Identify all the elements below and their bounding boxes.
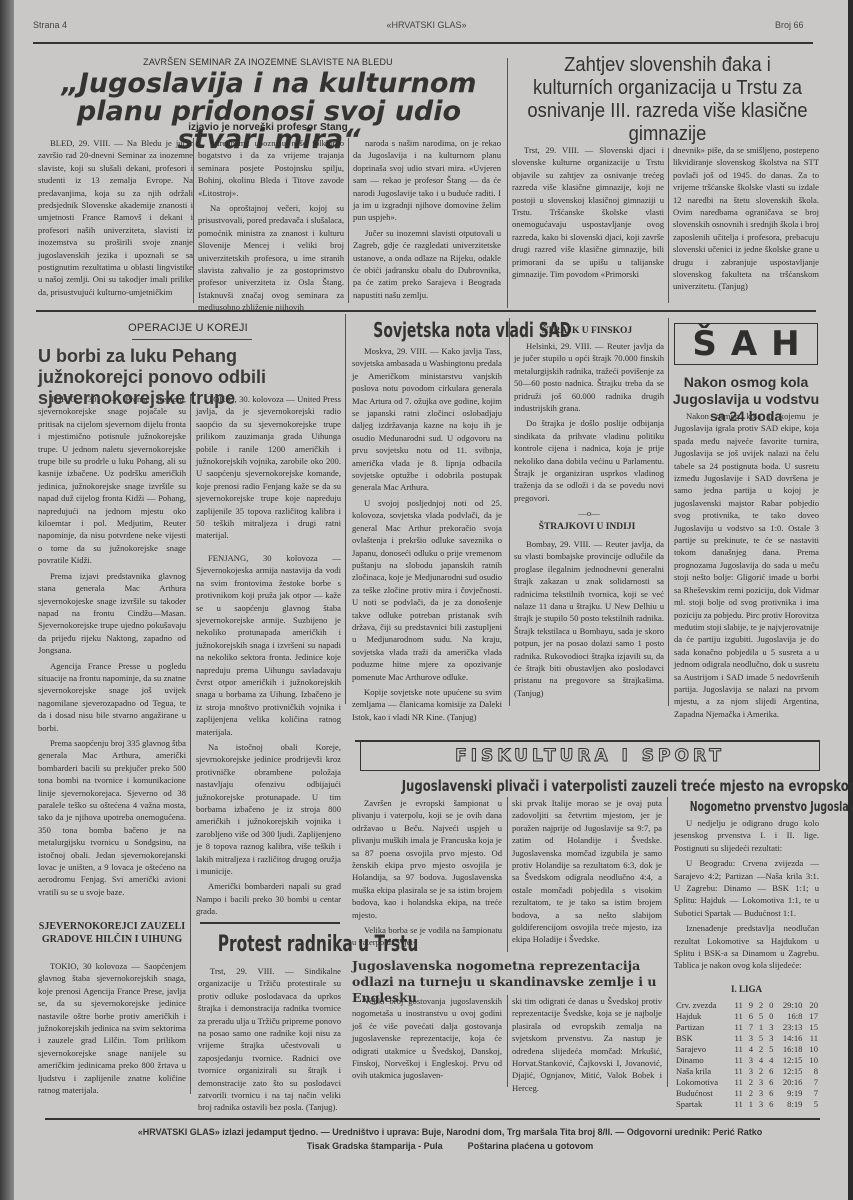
stat-cell: 8:19 xyxy=(773,1099,802,1110)
stat-cell: 1 xyxy=(743,1099,753,1110)
football-team-col-1: Veliki broj gostovanja jugoslavenskih no… xyxy=(352,995,502,1085)
stat-cell: 29:10 xyxy=(773,1000,802,1011)
stat-cell: 11 xyxy=(728,1099,743,1110)
swimmers-col-1: Završen je evropski šampionat u plivanju… xyxy=(352,797,502,952)
stat-cell: 23:13 xyxy=(773,1022,802,1033)
stat-cell: 6 xyxy=(743,1011,753,1022)
column-divider xyxy=(507,995,508,1087)
trst-school-headline: Zahtjev slovenshih đaka i kulturních org… xyxy=(523,54,813,146)
team-name: BSK xyxy=(676,1033,728,1044)
stat-cell: 3 xyxy=(743,1055,753,1066)
stat-cell: 1 xyxy=(753,1022,763,1033)
stat-cell: 2 xyxy=(743,1088,753,1099)
chess-title: ŠAH xyxy=(675,324,817,364)
column-divider xyxy=(668,148,669,303)
section-rule xyxy=(36,310,816,312)
league-table-row: Hajduk1165016:817 xyxy=(676,1011,818,1022)
stat-cell: 2 xyxy=(753,1066,763,1077)
stang-col-3: naroda s našim narodima, on je rekao da … xyxy=(353,137,501,304)
league-table-title: I. LIGA xyxy=(674,984,819,994)
stat-cell: 11 xyxy=(728,1066,743,1077)
stat-cell: 20:16 xyxy=(773,1077,802,1088)
league-table-row: Crv. zvezda1192029:1020 xyxy=(676,1000,818,1011)
sport-banner: FISKULTURA I SPORT xyxy=(361,742,819,770)
stat-cell: 2 xyxy=(753,1044,763,1055)
football-team-col-2: ski tim odigrati će danas u Švedskoj pro… xyxy=(512,995,662,1097)
stat-cell: 6 xyxy=(763,1077,773,1088)
stat-cell: 3 xyxy=(743,1033,753,1044)
soviet-note-body: Moskva, 29. VIII. — Kako javlja Tass, so… xyxy=(352,345,502,726)
stang-kicker: ZAVRŠEN SEMINAR ZA INOZEMNE SLAVISTE NA … xyxy=(33,57,503,67)
footer-line-1: «HRVATSKI GLAS» izlazi jedamput tjedno. … xyxy=(60,1127,840,1137)
protest-body: Trst, 29. VIII. — Sindikalne organizacij… xyxy=(198,965,341,1117)
stat-cell: 9 xyxy=(743,1000,753,1011)
league-table: Crv. zvezda1192029:1020Hajduk1165016:817… xyxy=(676,1000,818,1110)
newspaper-title: «HRVATSKI GLAS» xyxy=(0,20,853,30)
stat-cell: 2 xyxy=(753,1000,763,1011)
column-divider xyxy=(348,138,349,303)
stat-cell: 11 xyxy=(728,1033,743,1044)
stat-cell: 11 xyxy=(728,1055,743,1066)
team-name: Hajduk xyxy=(676,1011,728,1022)
league-table-row: Naša krila1132612:158 xyxy=(676,1066,818,1077)
swimmers-col-2: ski prvak Italije morao se je ovaj puta … xyxy=(512,797,662,949)
stat-cell: 17 xyxy=(802,1011,818,1022)
stat-cell: 4 xyxy=(763,1055,773,1066)
stat-cell: 7 xyxy=(802,1088,818,1099)
sport-banner-box: FISKULTURA I SPORT xyxy=(360,742,820,771)
korea-col-2: TOKIO, 30. kolovoza — United Press javlj… xyxy=(196,393,341,921)
stang-col-1: BLED, 29. VIII. — Na Bledu je jučer zavr… xyxy=(38,137,193,301)
masthead-rule xyxy=(33,42,813,44)
finland-strike-headline: ŠTRAJK U FINSKOJ xyxy=(512,326,662,336)
team-name: Naša krila xyxy=(676,1066,728,1077)
column-divider xyxy=(668,318,669,706)
stat-cell: 10 xyxy=(802,1055,818,1066)
team-name: Spartak xyxy=(676,1099,728,1110)
stat-cell: 11 xyxy=(728,1044,743,1055)
league-table-row: Dinamo1134412:1510 xyxy=(676,1055,818,1066)
page-edge-shadow xyxy=(0,0,14,1200)
stat-cell: 5 xyxy=(802,1099,818,1110)
stat-cell: 0 xyxy=(763,1000,773,1011)
finland-strike-body: Helsinki, 29. VIII. — Reuter javlja da j… xyxy=(514,340,664,523)
stat-cell: 12:15 xyxy=(773,1055,802,1066)
stat-cell: 6 xyxy=(763,1088,773,1099)
column-divider xyxy=(507,797,508,952)
footer-rule xyxy=(45,1118,820,1120)
korea-kicker: OPERACIJE U KOREJI xyxy=(33,322,343,334)
team-name: Dinamo xyxy=(676,1055,728,1066)
column-divider xyxy=(193,138,194,303)
stat-cell: 2 xyxy=(743,1077,753,1088)
column-divider xyxy=(345,314,346,704)
stat-cell: 16:18 xyxy=(773,1044,802,1055)
stat-cell: 11 xyxy=(802,1033,818,1044)
stat-cell: 0 xyxy=(763,1011,773,1022)
stat-cell: 5 xyxy=(763,1044,773,1055)
stat-cell: 12:15 xyxy=(773,1066,802,1077)
stat-cell: 11 xyxy=(728,1022,743,1033)
stat-cell: 6 xyxy=(763,1099,773,1110)
stat-cell: 3 xyxy=(763,1022,773,1033)
stat-cell: 8 xyxy=(802,1066,818,1077)
stat-cell: 5 xyxy=(753,1033,763,1044)
footer-line-2: Tisak Gradska štamparija - Pula Poštarin… xyxy=(60,1141,840,1151)
team-name: Sarajevo xyxy=(676,1044,728,1055)
stat-cell: 11 xyxy=(728,1011,743,1022)
stat-cell: 3 xyxy=(753,1077,763,1088)
stat-cell: 3 xyxy=(763,1033,773,1044)
column-divider xyxy=(507,58,508,308)
korea-col-1: TOKIO, 30. — Prema Reuteru, sjevernokore… xyxy=(38,393,186,901)
swimmers-headline: Jugoslavenski plivači i vaterpolisti zau… xyxy=(402,776,769,796)
team-name: Lokomotiva xyxy=(676,1077,728,1088)
page-edge-right xyxy=(848,0,853,1200)
stat-cell: 5 xyxy=(753,1011,763,1022)
stang-subhead: izjavio je norveški profesor Stang xyxy=(33,122,503,133)
league-table-row: Partizan1171323:1315 xyxy=(676,1022,818,1033)
section-rule xyxy=(200,922,340,924)
india-strike-body: Bombay, 29. VIII. — Reuter javlja, da su… xyxy=(514,538,664,702)
stat-cell: 20 xyxy=(802,1000,818,1011)
team-name: Partizan xyxy=(676,1022,728,1033)
kicker-underline xyxy=(132,339,252,340)
chess-box: ŠAH xyxy=(674,323,818,365)
trst-school-col-2: dnevnik» piše, da se smišljeno, postepen… xyxy=(673,144,819,296)
league-table-row: Spartak111368:195 xyxy=(676,1099,818,1110)
stat-cell: 11 xyxy=(728,1088,743,1099)
column-divider xyxy=(190,394,191,1094)
hilcin-body: TOKIO, 30 kolovoza — Saopćenjem glavnog … xyxy=(38,960,186,1099)
stat-cell: 6 xyxy=(763,1066,773,1077)
hilcin-headline: SJEVERNOKOREJCI ZAUZELI GRADOVE HILČIN I… xyxy=(38,920,186,946)
trst-school-col-1: Trst, 29. VIII. — Slovenski djaci i slov… xyxy=(512,144,664,283)
stat-cell: 7 xyxy=(802,1077,818,1088)
protest-headline: Protest radnika u Trstu xyxy=(218,932,320,958)
stat-cell: 11 xyxy=(728,1000,743,1011)
stat-cell: 4 xyxy=(743,1044,753,1055)
india-strike-headline: ŠTRAJKOVI U INDIJI xyxy=(512,522,662,532)
league-headline: Nogometno prvenstvo Jugoslavije xyxy=(690,800,802,816)
issue-number: Broj 66 xyxy=(775,20,804,30)
stat-cell: 11 xyxy=(728,1077,743,1088)
stat-cell: 3 xyxy=(753,1088,763,1099)
league-table-row: Budućnost112369:197 xyxy=(676,1088,818,1099)
stat-cell: 9:19 xyxy=(773,1088,802,1099)
league-table-row: Lokomotiva1123620:167 xyxy=(676,1077,818,1088)
stat-cell: 14:16 xyxy=(773,1033,802,1044)
team-name: Budućnost xyxy=(676,1088,728,1099)
stat-cell: 16:8 xyxy=(773,1011,802,1022)
stat-cell: 3 xyxy=(753,1099,763,1110)
column-divider xyxy=(667,797,668,1087)
league-body: U nedjelju je odigrano drugo kolo jesens… xyxy=(674,817,819,975)
stat-cell: 7 xyxy=(743,1022,753,1033)
stang-col-2: priredbama upoznaju naše folklorno bogat… xyxy=(198,137,344,317)
league-table-row: Sarajevo1142516:1810 xyxy=(676,1044,818,1055)
stat-cell: 4 xyxy=(753,1055,763,1066)
league-table-row: BSK1135314:1611 xyxy=(676,1033,818,1044)
stat-cell: 10 xyxy=(802,1044,818,1055)
chess-body: Nakon osmog kola u kojemu je Jugoslavija… xyxy=(674,410,819,723)
stat-cell: 15 xyxy=(802,1022,818,1033)
league-standings-table: Crv. zvezda1192029:1020Hajduk1165016:817… xyxy=(676,1000,818,1110)
soviet-note-headline: Sovjetska nota vladi SAD xyxy=(373,318,482,342)
stat-cell: 3 xyxy=(743,1066,753,1077)
team-name: Crv. zvezda xyxy=(676,1000,728,1011)
column-divider xyxy=(509,318,510,706)
